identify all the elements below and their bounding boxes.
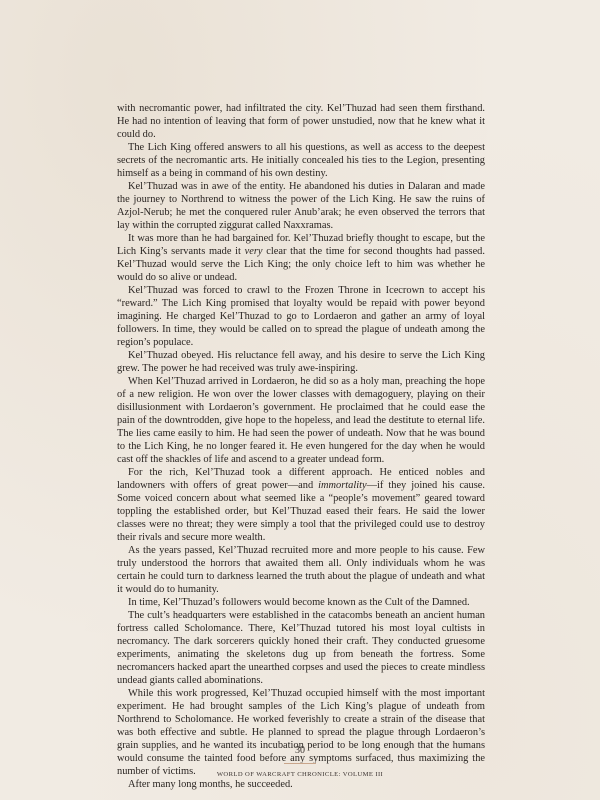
text-run: In time, Kel’Thuzad’s followers would be…: [128, 597, 470, 608]
text-run: The Lich King offered answers to all his…: [117, 142, 485, 179]
paragraph: In time, Kel’Thuzad’s followers would be…: [117, 596, 485, 609]
paragraph: After many long months, he succeeded.: [117, 778, 485, 791]
paragraph: with necromantic power, had infiltrated …: [117, 102, 485, 141]
paragraph: The cult’s headquarters were established…: [117, 609, 485, 687]
text-run: The cult’s headquarters were established…: [117, 610, 485, 686]
page-number: 30: [0, 745, 600, 756]
paragraph: While this work progressed, Kel’Thuzad o…: [117, 687, 485, 778]
text-run: with necromantic power, had infiltrated …: [117, 103, 485, 140]
paragraph: For the rich, Kel’Thuzad took a differen…: [117, 466, 485, 544]
text-run: Kel’Thuzad was in awe of the entity. He …: [117, 181, 485, 231]
paragraph: When Kel’Thuzad arrived in Lordaeron, he…: [117, 375, 485, 466]
emphasis-text: immortality: [318, 480, 367, 491]
paragraph: The Lich King offered answers to all his…: [117, 141, 485, 180]
emphasis-text: very: [245, 246, 263, 257]
text-run: As the years passed, Kel’Thuzad recruite…: [117, 545, 485, 595]
text-run: Kel’Thuzad obeyed. His reluctance fell a…: [117, 350, 485, 374]
paragraph: It was more than he had bargained for. K…: [117, 232, 485, 284]
text-run: After many long months, he succeeded.: [128, 779, 293, 790]
paragraph: Kel’Thuzad was forced to crawl to the Fr…: [117, 284, 485, 349]
paragraph: Kel’Thuzad was in awe of the entity. He …: [117, 180, 485, 232]
body-text: with necromantic power, had infiltrated …: [117, 102, 485, 791]
text-run: When Kel’Thuzad arrived in Lordaeron, he…: [117, 376, 485, 465]
running-footer-title: World of Warcraft Chronicle: Volume III: [0, 771, 600, 778]
paragraph: As the years passed, Kel’Thuzad recruite…: [117, 544, 485, 596]
text-run: Kel’Thuzad was forced to crawl to the Fr…: [117, 285, 485, 348]
paragraph: Kel’Thuzad obeyed. His reluctance fell a…: [117, 349, 485, 375]
footer-divider: [284, 763, 316, 764]
